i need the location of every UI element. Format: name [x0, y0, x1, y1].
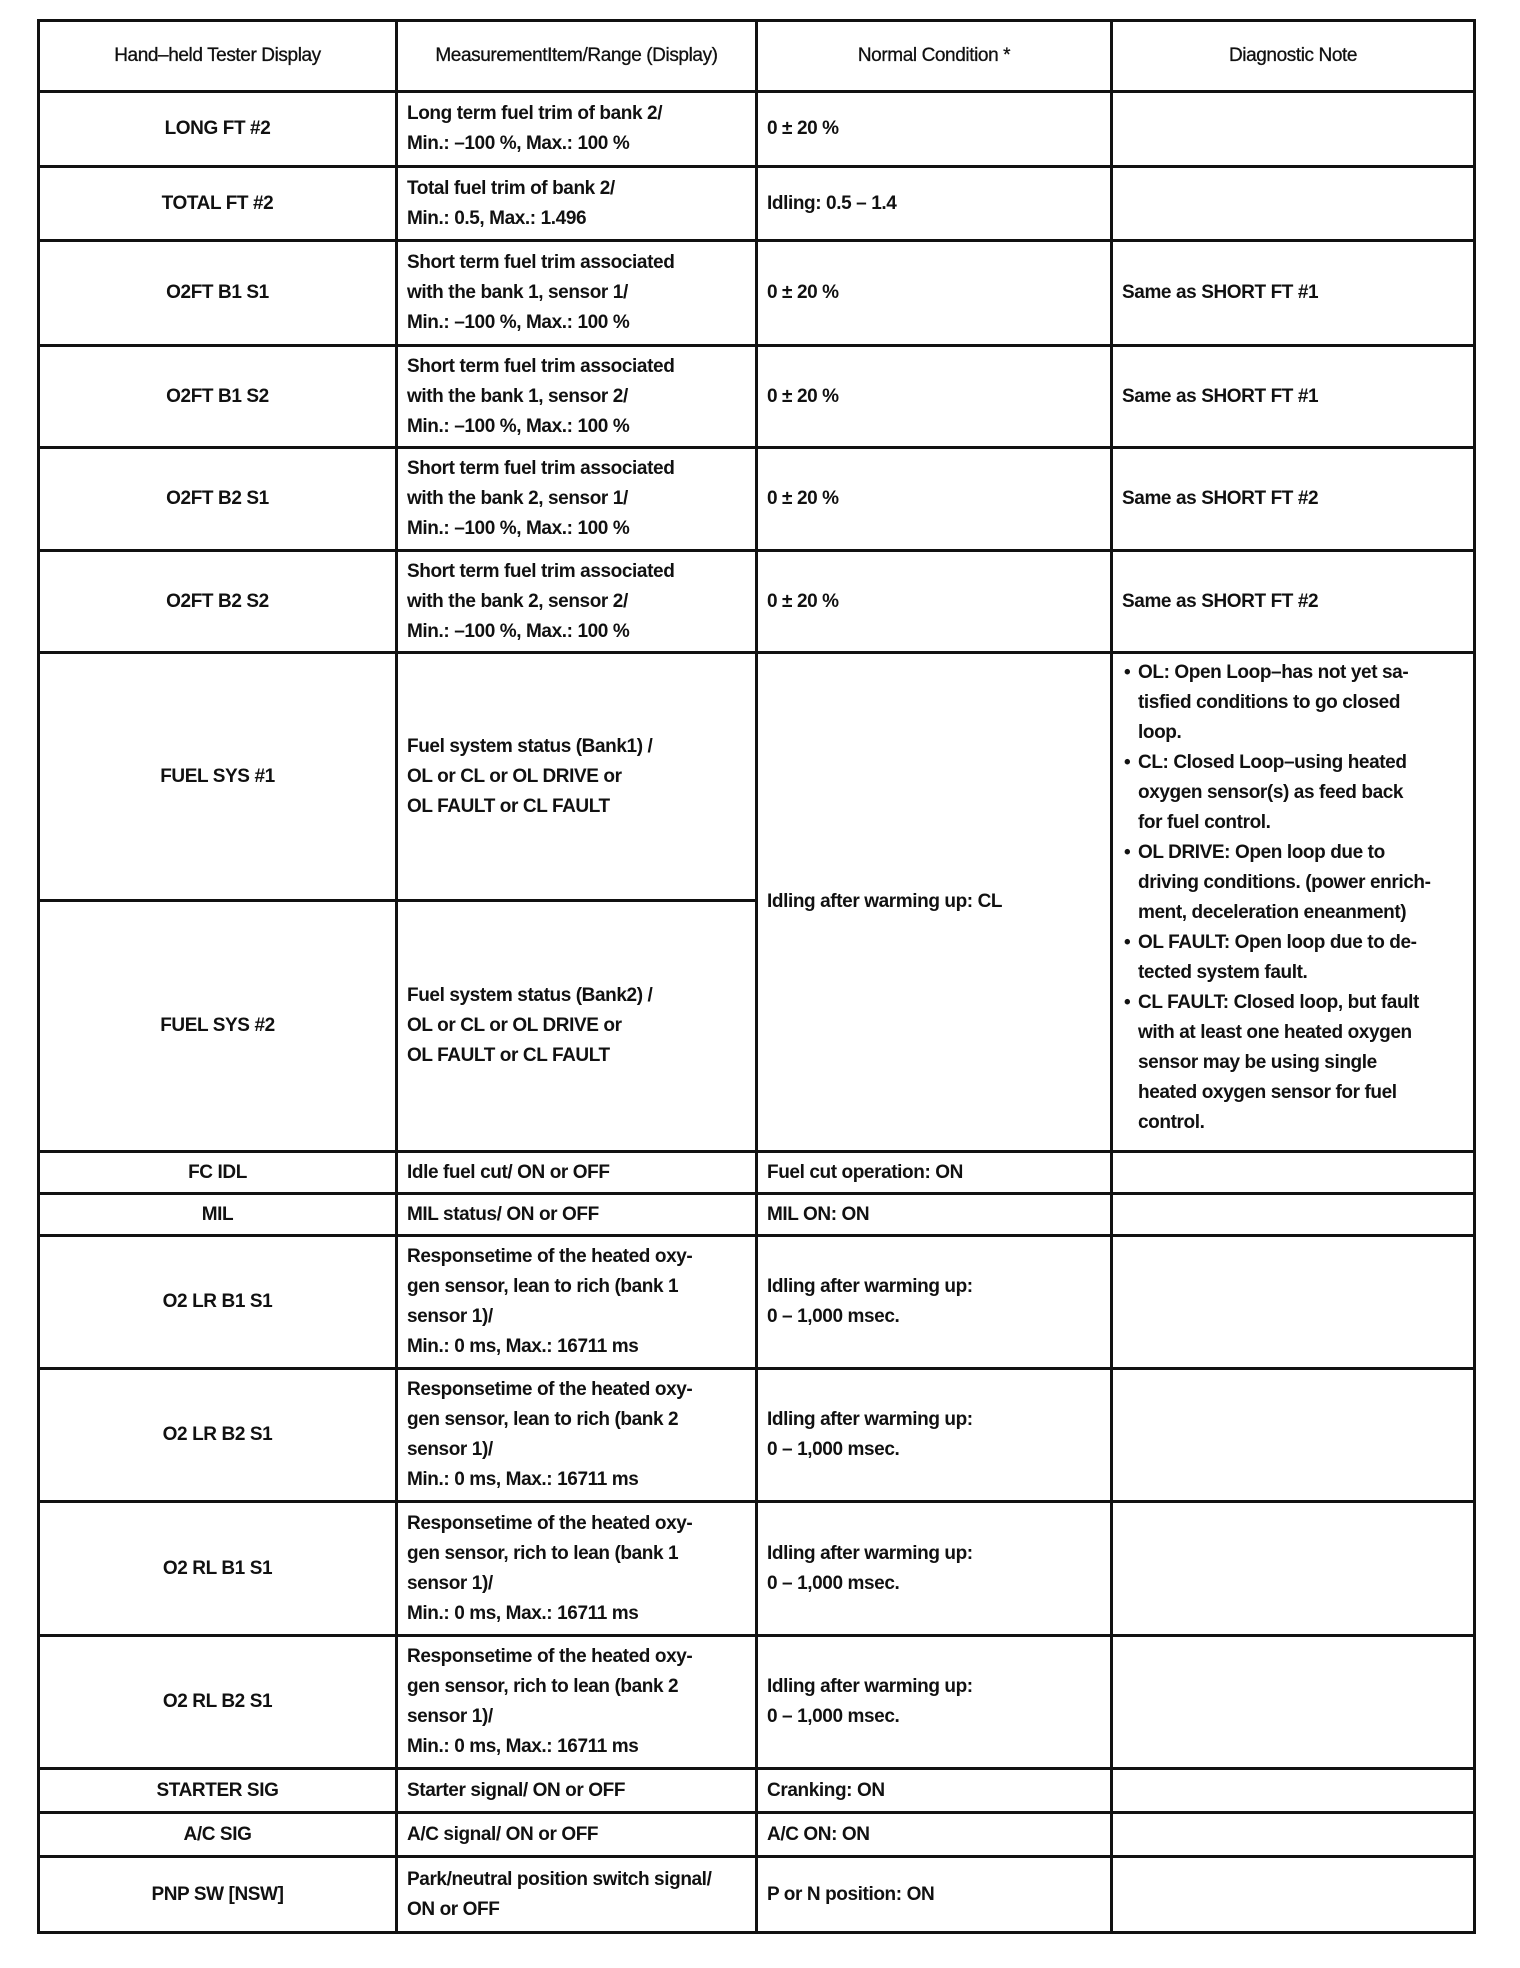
measurement-line: Total fuel trim of bank 2/ [407, 174, 746, 204]
measurement-line: Park/neutral position switch signal/ [407, 1865, 746, 1895]
bullet-item: CL: Closed Loop–using heatedoxygen senso… [1122, 748, 1464, 838]
condition-line: Cranking: ON [767, 1776, 1101, 1806]
header-display: Hand–held Tester Display [39, 21, 397, 92]
cell-diagnostic-note [1112, 1857, 1475, 1933]
measurement-line: OL FAULT or CL FAULT [407, 792, 746, 822]
cell-diagnostic-note: Same as SHORT FT #1 [1112, 241, 1475, 346]
cell-normal-condition: Idling after warming up: CL [757, 653, 1112, 1152]
bullet-line: oxygen sensor(s) as feed back [1138, 778, 1464, 808]
cell-normal-condition: Cranking: ON [757, 1769, 1112, 1813]
measurement-line: Short term fuel trim associated [407, 352, 746, 382]
condition-line: 0 ± 20 % [767, 278, 1101, 308]
table-row: O2 RL B2 S1Responsetime of the heated ox… [39, 1636, 1475, 1769]
cell-measurement: Total fuel trim of bank 2/Min.: 0.5, Max… [397, 167, 757, 241]
cell-measurement: Idle fuel cut/ ON or OFF [397, 1152, 757, 1194]
bullet-item: OL: Open Loop–has not yet sa-tisfied con… [1122, 658, 1464, 748]
header-measurement-line: (Display) [646, 45, 717, 66]
cell-tester-display: O2FT B1 S1 [39, 241, 397, 346]
fuel-system-status-legend: OL: Open Loop–has not yet sa-tisfied con… [1122, 658, 1464, 1138]
cell-normal-condition: 0 ± 20 % [757, 448, 1112, 551]
bullet-line: heated oxygen sensor for fuel [1138, 1078, 1464, 1108]
cell-diagnostic-note: Same as SHORT FT #1 [1112, 346, 1475, 448]
bullet-item: CL FAULT: Closed loop, but faultwith at … [1122, 988, 1464, 1138]
measurement-line: Starter signal/ ON or OFF [407, 1776, 746, 1806]
cell-normal-condition: 0 ± 20 % [757, 551, 1112, 653]
measurement-line: Min.: 0 ms, Max.: 16711 ms [407, 1465, 746, 1495]
condition-line: 0 – 1,000 msec. [767, 1569, 1101, 1599]
measurement-line: Min.: –100 %, Max.: 100 % [407, 412, 746, 442]
table-row: O2 LR B1 S1Responsetime of the heated ox… [39, 1236, 1475, 1369]
header-row: Hand–held Tester Display MeasurementItem… [39, 21, 1475, 92]
measurement-line: OL FAULT or CL FAULT [407, 1041, 746, 1071]
measurement-line: Fuel system status (Bank1) / [407, 732, 746, 762]
table-row: LONG FT #2Long term fuel trim of bank 2/… [39, 92, 1475, 167]
cell-diagnostic-note [1112, 92, 1475, 167]
cell-measurement: Short term fuel trim associatedwith the … [397, 346, 757, 448]
cell-normal-condition: MIL ON: ON [757, 1194, 1112, 1236]
cell-measurement: Responsetime of the heated oxy-gen senso… [397, 1369, 757, 1502]
measurement-line: ON or OFF [407, 1895, 746, 1925]
condition-line: A/C ON: ON [767, 1820, 1101, 1850]
cell-measurement: Starter signal/ ON or OFF [397, 1769, 757, 1813]
condition-line: Idling after warming up: [767, 1272, 1101, 1302]
cell-normal-condition: Idling: 0.5 – 1.4 [757, 167, 1112, 241]
table-row: O2FT B2 S1Short term fuel trim associate… [39, 448, 1475, 551]
measurement-line: Min.: 0 ms, Max.: 16711 ms [407, 1599, 746, 1629]
cell-normal-condition: Idling after warming up:0 – 1,000 msec. [757, 1236, 1112, 1369]
condition-line: Idling after warming up: [767, 1539, 1101, 1569]
cell-tester-display: O2FT B1 S2 [39, 346, 397, 448]
cell-tester-display: A/C SIG [39, 1813, 397, 1857]
measurement-line: with the bank 1, sensor 2/ [407, 382, 746, 412]
cell-diagnostic-note: Same as SHORT FT #2 [1112, 551, 1475, 653]
measurement-line: sensor 1)/ [407, 1569, 746, 1599]
measurement-line: with the bank 2, sensor 2/ [407, 587, 746, 617]
cell-diagnostic-note [1112, 1369, 1475, 1502]
measurement-line: sensor 1)/ [407, 1302, 746, 1332]
measurement-line: Short term fuel trim associated [407, 454, 746, 484]
measurement-line: Min.: –100 %, Max.: 100 % [407, 617, 746, 647]
measurement-line: with the bank 1, sensor 1/ [407, 278, 746, 308]
cell-normal-condition: Fuel cut operation: ON [757, 1152, 1112, 1194]
condition-line: Idling after warming up: [767, 1672, 1101, 1702]
measurement-line: MIL status/ ON or OFF [407, 1200, 746, 1230]
condition-line: Fuel cut operation: ON [767, 1158, 1101, 1188]
bullet-line: CL FAULT: Closed loop, but fault [1138, 988, 1464, 1018]
cell-normal-condition: A/C ON: ON [757, 1813, 1112, 1857]
cell-tester-display: PNP SW [NSW] [39, 1857, 397, 1933]
cell-normal-condition: 0 ± 20 % [757, 346, 1112, 448]
bullet-item: OL FAULT: Open loop due to de-tected sys… [1122, 928, 1464, 988]
table-row: O2 LR B2 S1Responsetime of the heated ox… [39, 1369, 1475, 1502]
cell-tester-display: STARTER SIG [39, 1769, 397, 1813]
cell-tester-display: TOTAL FT #2 [39, 167, 397, 241]
bullet-line: OL FAULT: Open loop due to de- [1138, 928, 1464, 958]
measurement-line: Short term fuel trim associated [407, 557, 746, 587]
cell-diagnostic-note: OL: Open Loop–has not yet sa-tisfied con… [1112, 653, 1475, 1152]
condition-line: 0 – 1,000 msec. [767, 1302, 1101, 1332]
measurement-line: Min.: –100 %, Max.: 100 % [407, 129, 746, 159]
measurement-line: Responsetime of the heated oxy- [407, 1509, 746, 1539]
table-row: FUEL SYS #1Fuel system status (Bank1) /O… [39, 653, 1475, 901]
cell-diagnostic-note [1112, 1152, 1475, 1194]
measurement-line: sensor 1)/ [407, 1702, 746, 1732]
bullet-line: driving conditions. (power enrich- [1138, 868, 1464, 898]
cell-tester-display: FC IDL [39, 1152, 397, 1194]
cell-measurement: Responsetime of the heated oxy-gen senso… [397, 1636, 757, 1769]
measurement-line: Fuel system status (Bank2) / [407, 981, 746, 1011]
condition-line: P or N position: ON [767, 1880, 1101, 1910]
header-note: Diagnostic Note [1112, 21, 1475, 92]
cell-measurement: Responsetime of the heated oxy-gen senso… [397, 1236, 757, 1369]
bullet-line: OL DRIVE: Open loop due to [1138, 838, 1464, 868]
cell-measurement: Short term fuel trim associatedwith the … [397, 551, 757, 653]
measurement-line: gen sensor, rich to lean (bank 2 [407, 1672, 746, 1702]
table-row: STARTER SIGStarter signal/ ON or OFFCran… [39, 1769, 1475, 1813]
cell-measurement: Fuel system status (Bank2) /OL or CL or … [397, 901, 757, 1152]
table-row: A/C SIGA/C signal/ ON or OFFA/C ON: ON [39, 1813, 1475, 1857]
condition-line: Idling after warming up: [767, 1405, 1101, 1435]
cell-diagnostic-note [1112, 1636, 1475, 1769]
table-row: TOTAL FT #2Total fuel trim of bank 2/Min… [39, 167, 1475, 241]
cell-tester-display: O2FT B2 S2 [39, 551, 397, 653]
measurement-line: Responsetime of the heated oxy- [407, 1242, 746, 1272]
measurement-line: with the bank 2, sensor 1/ [407, 484, 746, 514]
cell-measurement: Responsetime of the heated oxy-gen senso… [397, 1502, 757, 1636]
cell-measurement: Park/neutral position switch signal/ON o… [397, 1857, 757, 1933]
measurement-line: OL or CL or OL DRIVE or [407, 762, 746, 792]
measurement-line: Min.: 0 ms, Max.: 16711 ms [407, 1332, 746, 1362]
measurement-line: Responsetime of the heated oxy- [407, 1375, 746, 1405]
cell-measurement: MIL status/ ON or OFF [397, 1194, 757, 1236]
bullet-line: with at least one heated oxygen [1138, 1018, 1464, 1048]
header-condition: Normal Condition * [757, 21, 1112, 92]
measurement-line: A/C signal/ ON or OFF [407, 1820, 746, 1850]
cell-normal-condition: 0 ± 20 % [757, 241, 1112, 346]
cell-diagnostic-note [1112, 1769, 1475, 1813]
condition-line: 0 ± 20 % [767, 114, 1101, 144]
cell-normal-condition: Idling after warming up:0 – 1,000 msec. [757, 1369, 1112, 1502]
cell-tester-display: FUEL SYS #1 [39, 653, 397, 901]
bullet-line: loop. [1138, 718, 1464, 748]
cell-normal-condition: P or N position: ON [757, 1857, 1112, 1933]
cell-tester-display: O2FT B2 S1 [39, 448, 397, 551]
cell-measurement: Short term fuel trim associatedwith the … [397, 448, 757, 551]
table-row: MILMIL status/ ON or OFFMIL ON: ON [39, 1194, 1475, 1236]
cell-diagnostic-note [1112, 167, 1475, 241]
measurement-line: sensor 1)/ [407, 1435, 746, 1465]
measurement-line: gen sensor, rich to lean (bank 1 [407, 1539, 746, 1569]
cell-measurement: Long term fuel trim of bank 2/Min.: –100… [397, 92, 757, 167]
cell-tester-display: MIL [39, 1194, 397, 1236]
measurement-line: Long term fuel trim of bank 2/ [407, 99, 746, 129]
cell-normal-condition: Idling after warming up:0 – 1,000 msec. [757, 1636, 1112, 1769]
table-row: FC IDLIdle fuel cut/ ON or OFFFuel cut o… [39, 1152, 1475, 1194]
condition-line: 0 ± 20 % [767, 382, 1101, 412]
bullet-item: OL DRIVE: Open loop due todriving condit… [1122, 838, 1464, 928]
measurement-line: gen sensor, lean to rich (bank 2 [407, 1405, 746, 1435]
bullet-line: for fuel control. [1138, 808, 1464, 838]
measurement-line: OL or CL or OL DRIVE or [407, 1011, 746, 1041]
condition-line: 0 ± 20 % [767, 587, 1101, 617]
cell-tester-display: O2 LR B1 S1 [39, 1236, 397, 1369]
bullet-line: control. [1138, 1108, 1464, 1138]
condition-line: Idling: 0.5 – 1.4 [767, 189, 1101, 219]
measurement-line: gen sensor, lean to rich (bank 1 [407, 1272, 746, 1302]
bullet-line: tected system fault. [1138, 958, 1464, 988]
cell-tester-display: LONG FT #2 [39, 92, 397, 167]
condition-line: MIL ON: ON [767, 1200, 1101, 1230]
table-row: O2FT B1 S2Short term fuel trim associate… [39, 346, 1475, 448]
cell-normal-condition: 0 ± 20 % [757, 92, 1112, 167]
table-row: O2FT B2 S2Short term fuel trim associate… [39, 551, 1475, 653]
cell-diagnostic-note: Same as SHORT FT #2 [1112, 448, 1475, 551]
table-row: PNP SW [NSW]Park/neutral position switch… [39, 1857, 1475, 1933]
measurement-line: Min.: 0.5, Max.: 1.496 [407, 204, 746, 234]
cell-tester-display: FUEL SYS #2 [39, 901, 397, 1152]
measurement-line: Min.: 0 ms, Max.: 16711 ms [407, 1732, 746, 1762]
header-measurement-line: MeasurementItem/Range [435, 45, 641, 66]
cell-tester-display: O2 LR B2 S1 [39, 1369, 397, 1502]
measurement-line: Min.: –100 %, Max.: 100 % [407, 308, 746, 338]
condition-line: 0 – 1,000 msec. [767, 1435, 1101, 1465]
cell-measurement: Short term fuel trim associatedwith the … [397, 241, 757, 346]
cell-measurement: Fuel system status (Bank1) /OL or CL or … [397, 653, 757, 901]
cell-diagnostic-note [1112, 1813, 1475, 1857]
condition-line: 0 – 1,000 msec. [767, 1702, 1101, 1732]
cell-tester-display: O2 RL B1 S1 [39, 1502, 397, 1636]
cell-diagnostic-note [1112, 1502, 1475, 1636]
condition-line: 0 ± 20 % [767, 484, 1101, 514]
cell-normal-condition: Idling after warming up:0 – 1,000 msec. [757, 1502, 1112, 1636]
cell-measurement: A/C signal/ ON or OFF [397, 1813, 757, 1857]
measurement-line: Responsetime of the heated oxy- [407, 1642, 746, 1672]
bullet-line: sensor may be using single [1138, 1048, 1464, 1078]
tester-data-table: Hand–held Tester Display MeasurementItem… [37, 19, 1476, 1934]
bullet-line: OL: Open Loop–has not yet sa- [1138, 658, 1464, 688]
bullet-line: tisfied conditions to go closed [1138, 688, 1464, 718]
table-row: O2 RL B1 S1Responsetime of the heated ox… [39, 1502, 1475, 1636]
measurement-line: Min.: –100 %, Max.: 100 % [407, 514, 746, 544]
header-measurement: MeasurementItem/Range (Display) [397, 21, 757, 92]
measurement-line: Idle fuel cut/ ON or OFF [407, 1158, 746, 1188]
bullet-line: CL: Closed Loop–using heated [1138, 748, 1464, 778]
cell-tester-display: O2 RL B2 S1 [39, 1636, 397, 1769]
bullet-line: ment, deceleration eneanment) [1138, 898, 1464, 928]
measurement-line: Short term fuel trim associated [407, 248, 746, 278]
cell-diagnostic-note [1112, 1194, 1475, 1236]
cell-diagnostic-note [1112, 1236, 1475, 1369]
table-row: O2FT B1 S1Short term fuel trim associate… [39, 241, 1475, 346]
